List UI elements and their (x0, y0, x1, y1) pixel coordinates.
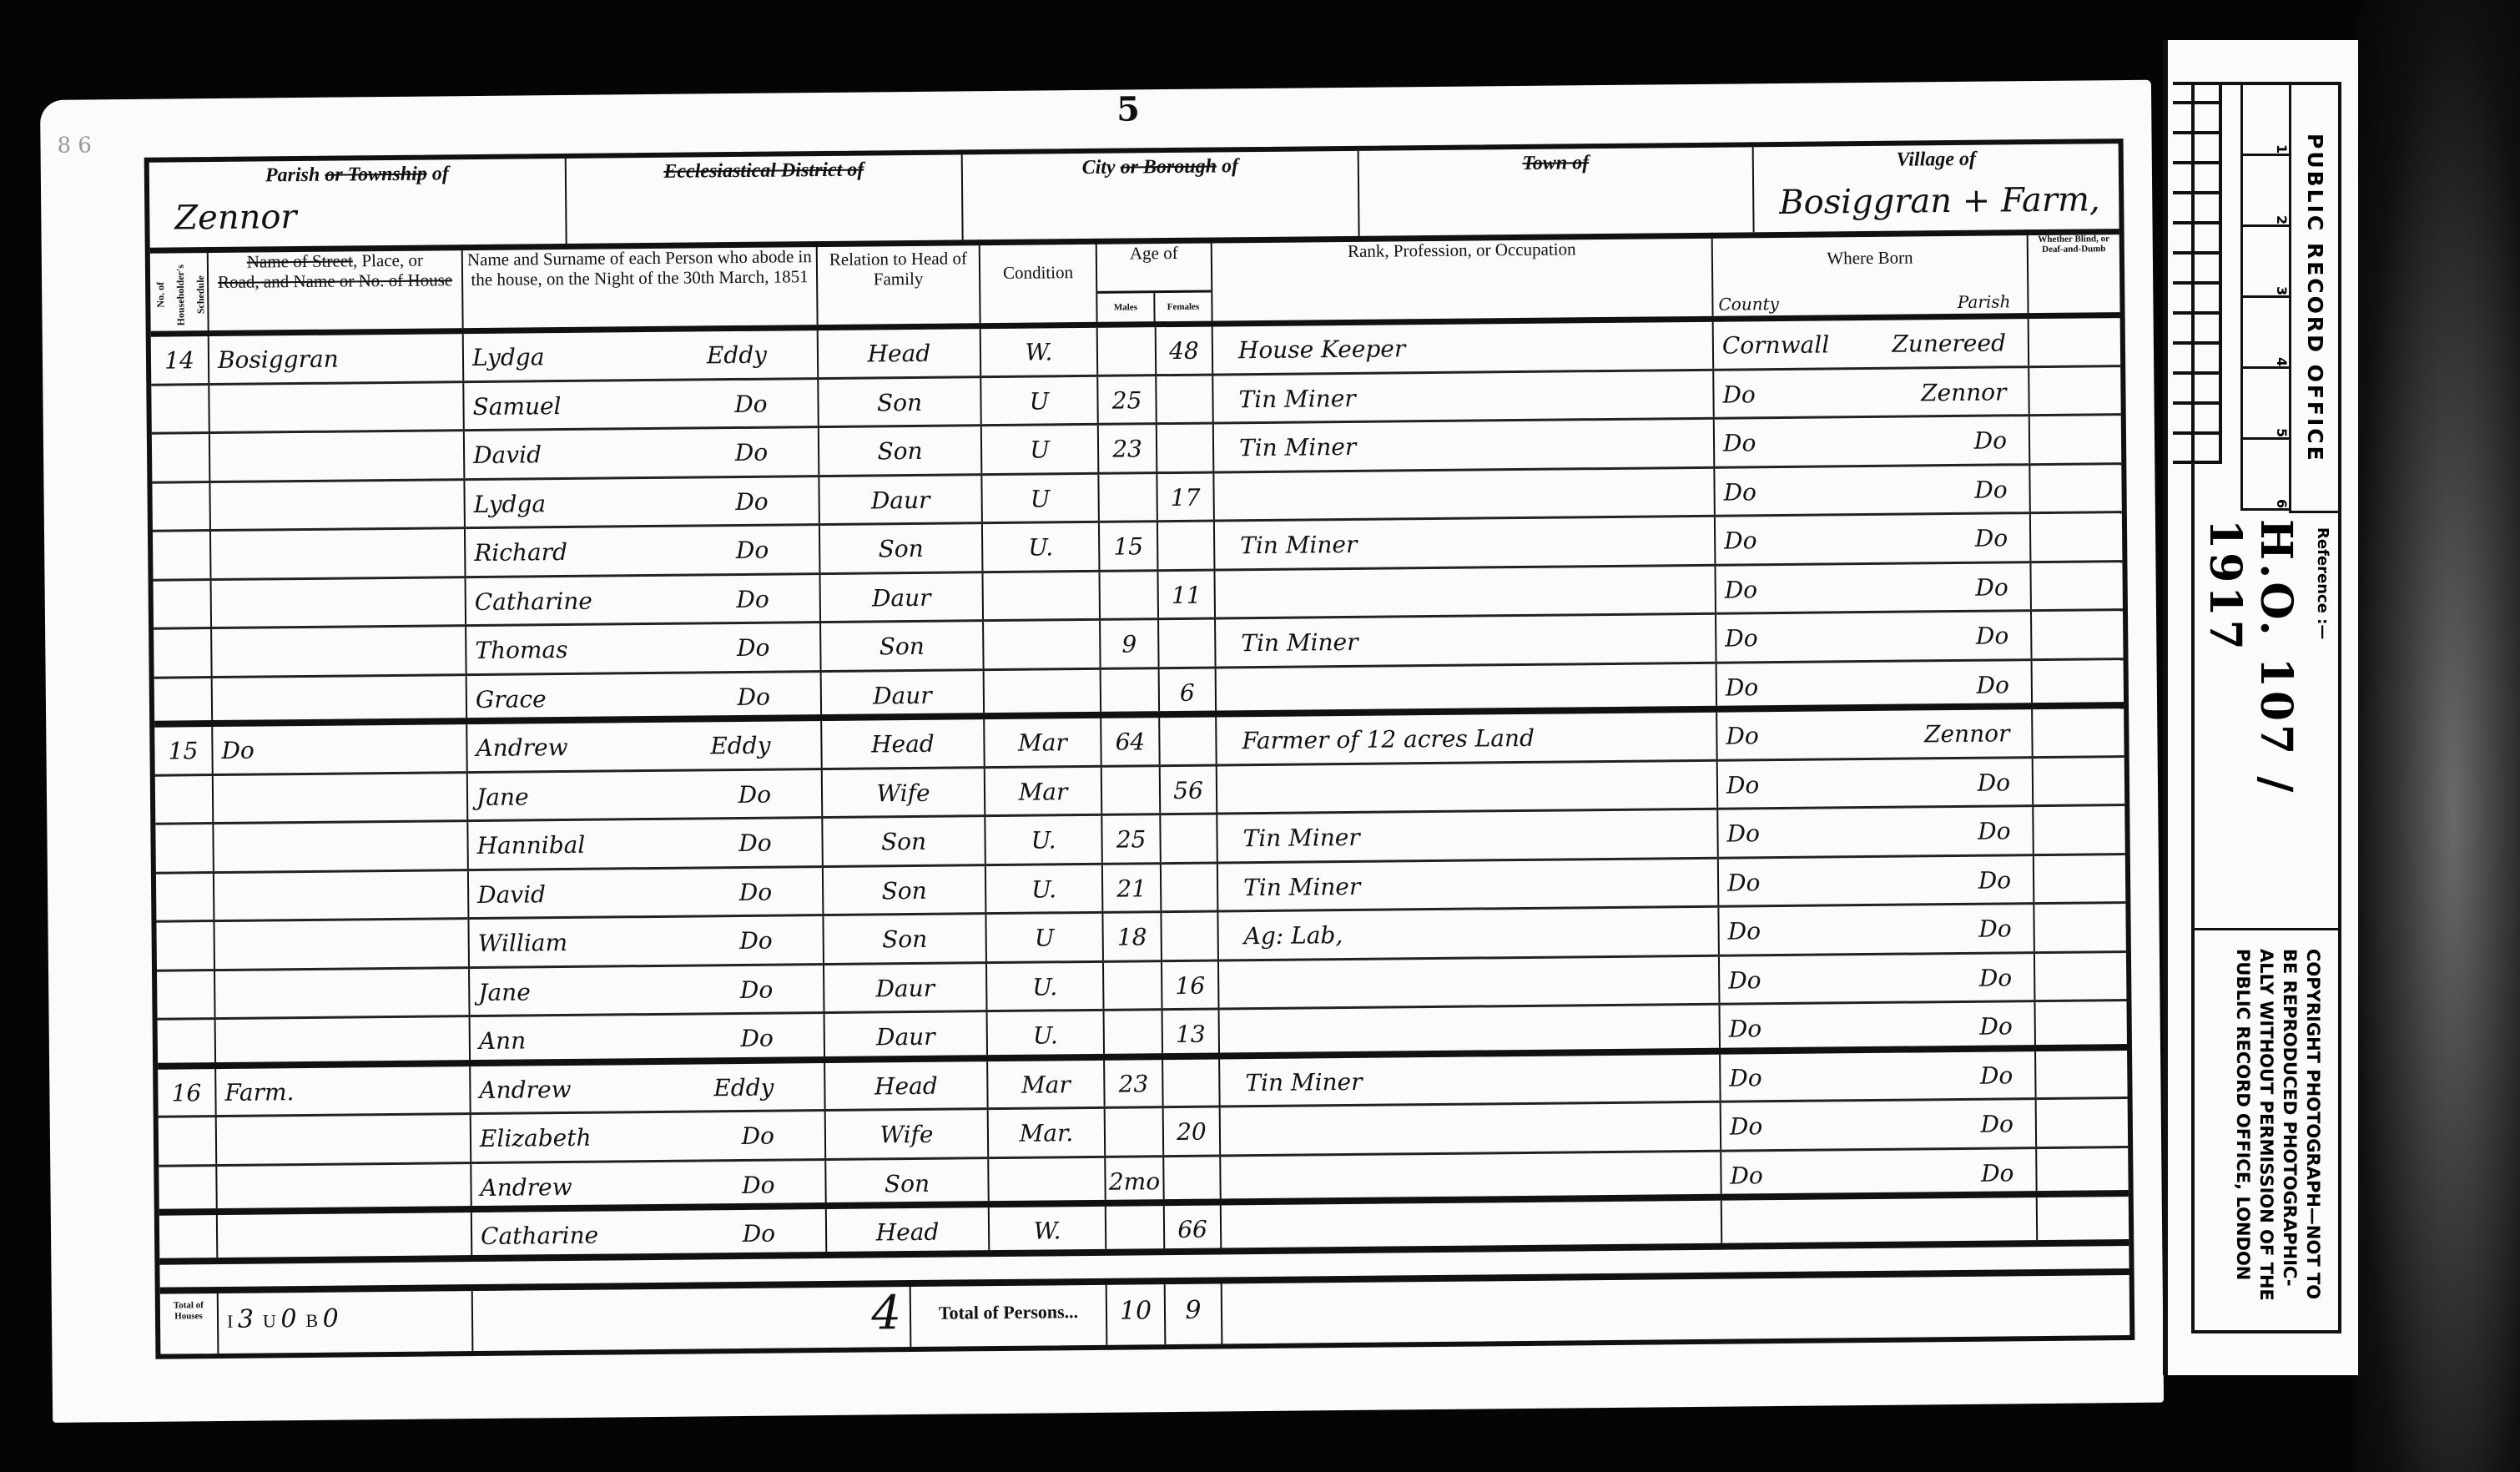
male-age (1106, 1108, 1165, 1155)
building-count: 0 (322, 1304, 338, 1333)
parish-field: Parish or Township of Zennor (149, 159, 567, 248)
male-age (1100, 572, 1159, 618)
relation: Daur (819, 476, 983, 523)
born-county: Do (1725, 614, 1758, 661)
male-age: 18 (1103, 913, 1162, 960)
born-parish-label: Parish (1958, 291, 2011, 312)
relation: Son (826, 1159, 989, 1202)
relation: Daur (825, 1012, 988, 1056)
surname: Eddy (707, 331, 768, 378)
where-born: Do Do (1718, 807, 2034, 856)
occupation (1221, 1152, 1721, 1198)
given-name: David (477, 870, 546, 917)
surname: Do (741, 1112, 774, 1159)
given-name: Richard (474, 528, 567, 576)
born-county: Do (1723, 468, 1756, 515)
person-name: David Do (469, 868, 824, 918)
condition: Mar (985, 767, 1103, 814)
occupation: Tin Miner (1214, 420, 1716, 471)
place-name (212, 578, 467, 627)
total-males: 10 (1107, 1284, 1167, 1345)
condition: W. (990, 1207, 1106, 1250)
born-parish: Do (1976, 612, 2009, 658)
person-name: Catharine Do (472, 1209, 827, 1255)
occupation: House Keeper (1213, 322, 1715, 373)
relation: Daur (822, 671, 985, 714)
ecclesiastical-field: Ecclesiastical District of (567, 154, 964, 244)
place-name (214, 920, 470, 968)
given-name: Andrew (476, 723, 568, 771)
surname: Do (738, 770, 771, 817)
relation: Son (820, 524, 984, 572)
copyright-notice: COPYRIGHT PHOTOGRAPH—NOT TO BE REPRODUCE… (2195, 930, 2338, 1330)
scale-numbers: 1 2 3 4 5 6 (2240, 85, 2290, 511)
born-county: Do (1730, 1152, 1763, 1194)
schedule-number (153, 532, 212, 578)
born-county: Do (1730, 1102, 1763, 1149)
condition: U. (983, 523, 1101, 571)
born-county: Do (1726, 712, 1759, 759)
where-born (1722, 1197, 2038, 1243)
where-born: Do Do (1715, 466, 2031, 515)
header-males: Males (1097, 293, 1155, 322)
village-value: Bosiggran + Farm, (1779, 180, 2100, 222)
surname: Do (742, 1210, 775, 1253)
occupation (1215, 566, 1716, 617)
male-age (1101, 669, 1160, 712)
header-relation: Relation to Head of Family (818, 239, 981, 325)
pro-title: PUBLIC RECORD OFFICE (2289, 85, 2338, 513)
blind-deaf (2035, 953, 2127, 1001)
page-number: 5 (1116, 89, 1140, 129)
born-county: Do (1729, 1054, 1762, 1101)
born-county: Do (1727, 859, 1761, 905)
born-county: Do (1727, 907, 1761, 954)
born-parish: Zennor (1921, 368, 2007, 415)
where-born: Cornwall Zunereed (1714, 319, 2030, 368)
blind-deaf (2033, 660, 2124, 703)
female-age: 66 (1165, 1205, 1222, 1248)
place-name (213, 676, 467, 720)
female-age: 13 (1163, 1010, 1220, 1052)
blind-deaf (2032, 611, 2124, 658)
schedule-number (154, 581, 213, 628)
place-name (211, 529, 466, 577)
male-age (1102, 767, 1162, 814)
given-name: Lydga (473, 480, 546, 527)
female-age (1157, 376, 1214, 422)
schedule-number (154, 629, 213, 676)
occupation (1217, 663, 1717, 710)
where-born: Do Do (1718, 759, 2034, 808)
born-parish: Do (1980, 1051, 2013, 1098)
schedule-number: 16 (158, 1069, 217, 1116)
blind-deaf (2036, 1051, 2128, 1098)
male-age: 9 (1101, 620, 1160, 667)
header-name: Name and Surname of each Person who abod… (463, 241, 819, 328)
relation: Son (819, 378, 982, 426)
surname: Do (737, 624, 770, 671)
born-parish: Do (1975, 514, 2008, 561)
person-name: Lydga Do (465, 477, 820, 527)
born-county: Do (1726, 809, 1760, 856)
relation: Head (827, 1207, 990, 1251)
surname: Eddy (710, 722, 771, 769)
born-county-label: County (1718, 294, 1779, 315)
born-county: Do (1722, 371, 1756, 417)
schedule-number (155, 824, 214, 871)
born-county: Do (1724, 517, 1757, 563)
blind-deaf (2031, 513, 2123, 561)
place-name (215, 969, 471, 1017)
given-name: Samuel (472, 382, 562, 430)
occupation (1221, 1103, 1722, 1154)
condition: W. (981, 328, 1099, 376)
place-name (210, 431, 466, 480)
male-age (1098, 327, 1157, 374)
person-name: Jane Do (470, 965, 825, 1016)
reference-value: H.O. 107 / 1917 (2200, 519, 2301, 928)
given-name: Andrew (480, 1162, 572, 1206)
margin-note: 8 6 (57, 133, 92, 158)
blind-deaf (2037, 1099, 2129, 1147)
person-name: Samuel Do (464, 380, 819, 430)
condition: Mar (988, 1060, 1106, 1107)
person-name: Andrew Do (471, 1161, 826, 1207)
blind-deaf (2034, 855, 2126, 903)
female-age: 56 (1161, 766, 1218, 813)
occupation: Tin Miner (1215, 517, 1716, 568)
where-born: Do Do (1721, 1002, 2036, 1047)
header-condition: Condition (980, 239, 1098, 323)
place-name: Farm. (216, 1066, 471, 1115)
parish-value: Zennor (174, 198, 297, 237)
blind-deaf (2035, 1001, 2126, 1045)
blind-deaf (2029, 318, 2121, 365)
given-name: Grace (476, 675, 547, 718)
blind-deaf (2033, 708, 2124, 756)
born-parish: Do (1979, 954, 2013, 1001)
relation: Son (824, 915, 987, 962)
header-occupation: Rank, Profession, or Occupation (1212, 233, 1714, 321)
male-age: 25 (1102, 815, 1162, 862)
born-county: Do (1729, 1005, 1762, 1047)
person-name: Lydga Eddy (464, 330, 819, 381)
blind-deaf (2031, 562, 2123, 610)
schedule-number (151, 386, 210, 432)
where-born: Do Do (1716, 612, 2033, 661)
female-age: 16 (1162, 961, 1220, 1008)
condition: Mar (985, 718, 1102, 766)
surname: Do (739, 917, 773, 964)
person-name: Jane Do (468, 770, 824, 820)
surname: Do (736, 575, 769, 622)
person-name: David Do (465, 428, 820, 478)
total-females: 9 (1166, 1283, 1223, 1344)
header-place: Name of Street, Place, or Road, and Name… (209, 244, 464, 330)
census-entries: 14 Bosiggran Lydga Eddy Head W. 48 House… (151, 318, 2129, 1264)
born-parish: Do (1978, 807, 2011, 854)
schedule-number (159, 1215, 218, 1258)
schedule-number (156, 874, 215, 920)
place-name (217, 1115, 472, 1163)
person-name: William Do (469, 916, 824, 966)
given-name: Jane (476, 773, 529, 819)
where-born: Do Do (1720, 954, 2036, 1003)
place-name (214, 774, 469, 822)
person-name: Andrew Eddy (467, 721, 823, 771)
male-age: 23 (1099, 425, 1158, 471)
blind-deaf (2034, 806, 2125, 854)
person-name: Richard Do (466, 526, 821, 576)
relation: Son (819, 426, 983, 474)
where-born: Do Do (1719, 856, 2035, 905)
given-name: William (477, 919, 567, 966)
condition: U. (987, 962, 1105, 1010)
relation: Daur (821, 573, 985, 621)
female-age: 20 (1164, 1107, 1222, 1154)
schedule-number (154, 678, 213, 721)
person-name: Ann Do (471, 1014, 825, 1060)
female-age (1163, 1059, 1221, 1106)
born-parish: Do (1981, 1149, 2014, 1192)
schedule-number (157, 971, 216, 1018)
where-born: Do Do (1721, 1100, 2038, 1149)
given-name: Lydga (472, 333, 545, 380)
header-females: Females (1155, 293, 1211, 322)
female-age: 6 (1160, 668, 1217, 711)
female-age (1157, 425, 1215, 471)
born-county: Cornwall (1722, 320, 1830, 368)
surname: Do (734, 380, 768, 426)
where-born: Do Do (1719, 905, 2035, 954)
where-born: Do Do (1716, 563, 2032, 612)
place-name (217, 1164, 471, 1208)
occupation (1219, 956, 1721, 1007)
male-age: 15 (1100, 522, 1159, 569)
born-parish: Do (1974, 466, 2008, 512)
schedule-number: 15 (154, 727, 214, 774)
condition: U. (985, 816, 1103, 864)
surname: Eddy (713, 1063, 774, 1110)
female-age (1162, 864, 1219, 910)
condition: U. (988, 1011, 1105, 1055)
born-parish: Do (1976, 661, 2009, 703)
given-name: Thomas (475, 626, 568, 673)
occupation (1220, 1006, 1721, 1052)
reference-label: Reference :— (2314, 527, 2331, 639)
town-field: Town of (1359, 147, 1755, 236)
male-age: 23 (1105, 1060, 1164, 1107)
person-name: Catharine Do (466, 575, 822, 625)
schedule-number (152, 483, 211, 530)
condition: Mar. (989, 1109, 1106, 1157)
given-name: Andrew (479, 1065, 572, 1112)
surname: Do (737, 673, 770, 715)
given-name: David (473, 431, 542, 477)
condition: U (982, 426, 1100, 473)
male-age: 64 (1101, 718, 1161, 764)
occupation: Tin Miner (1216, 615, 1717, 666)
born-parish: Do (1978, 856, 2011, 903)
schedule-number (159, 1117, 218, 1164)
female-age (1161, 814, 1218, 861)
place-name (209, 383, 465, 431)
where-born: Do Zennor (1717, 709, 2034, 759)
header-where-born: Where Born County Parish (1713, 229, 2029, 316)
born-county: Do (1724, 566, 1757, 612)
occupation: Tin Miner (1213, 371, 1715, 421)
female-age (1164, 1157, 1221, 1199)
relation: Son (823, 817, 986, 865)
blind-deaf (2037, 1148, 2128, 1192)
header-blind: Whether Blind, or Deaf-and-Dumb (2029, 229, 2120, 313)
given-name: Catharine (481, 1212, 599, 1255)
given-name: Catharine (475, 577, 593, 624)
village-field: Village of Bosiggran + Farm, (1754, 144, 2119, 232)
census-form: Parish or Township of Zennor Ecclesiasti… (144, 139, 2135, 1359)
surname: Do (735, 429, 769, 476)
surname: Do (738, 819, 772, 866)
born-county: Do (1728, 956, 1761, 1003)
surname: Do (735, 477, 769, 524)
occupation: Tin Miner (1217, 810, 1719, 861)
schedules-count: 4 (473, 1287, 912, 1351)
occupation (1214, 468, 1716, 519)
occupation: Ag: Lab, (1218, 908, 1720, 959)
male-age (1105, 1011, 1163, 1053)
where-born: Do Do (1716, 514, 2032, 563)
born-county: Do (1726, 663, 1759, 706)
occupation (1217, 761, 1719, 812)
female-age: 11 (1158, 571, 1216, 618)
male-age (1106, 1206, 1165, 1248)
born-parish: Zennor (1924, 709, 2010, 756)
place-name (212, 627, 467, 675)
male-age: 2mo (1106, 1157, 1164, 1200)
city-borough-field: City or Borough of (963, 151, 1360, 240)
surname: Do (740, 965, 774, 1012)
condition (983, 572, 1101, 619)
person-name: Andrew Eddy (471, 1063, 826, 1113)
condition: U (982, 474, 1100, 522)
schedule-number: 14 (151, 336, 210, 383)
relation: Wife (823, 769, 986, 816)
person-name: Hannibal Do (468, 819, 824, 869)
place-name (216, 1017, 471, 1061)
male-age: 25 (1098, 376, 1157, 423)
public-record-office-strip: 1 2 3 4 5 6 PUBLIC RECORD OFFICE Referen… (2163, 40, 2358, 1375)
where-born: Do Do (1721, 1051, 2037, 1101)
condition: U (981, 376, 1099, 424)
condition (989, 1157, 1106, 1201)
male-age: 21 (1103, 865, 1162, 911)
male-age (1104, 962, 1163, 1009)
female-age (1158, 522, 1216, 569)
place-name: Bosiggran (209, 334, 465, 382)
total-houses-label: Total of Houses (160, 1293, 219, 1354)
schedule-number (152, 434, 211, 481)
occupation (1222, 1201, 1722, 1248)
relation: Head (825, 1061, 989, 1109)
condition: U. (986, 865, 1104, 912)
born-parish: Do (1977, 759, 2010, 805)
born-parish: Zunereed (1892, 319, 2006, 366)
relation: Head (819, 329, 982, 376)
blind-deaf (2030, 416, 2122, 463)
house-counts: I 3 U 0 B 0 (219, 1291, 474, 1354)
relation: Son (824, 866, 987, 914)
inhabited-count: 3 (238, 1305, 254, 1334)
where-born: Do Do (1721, 1149, 2037, 1194)
female-age: 48 (1157, 327, 1214, 374)
born-county: Do (1723, 419, 1756, 466)
schedule-number (159, 1167, 217, 1209)
blind-deaf (2034, 758, 2125, 805)
surname: Do (736, 527, 769, 573)
condition (985, 669, 1101, 713)
born-parish: Do (1978, 905, 2012, 951)
census-page: 8 6 5 Parish or Township of Zennor Eccle… (40, 80, 2164, 1423)
person-name: Thomas Do (466, 623, 822, 673)
relation: Daur (824, 964, 988, 1011)
place-name (210, 481, 466, 529)
schedule-number (158, 1020, 216, 1062)
condition (984, 621, 1101, 668)
female-age (1162, 912, 1219, 959)
place-name (214, 822, 469, 870)
reference-box: Reference :— H.O. 107 / 1917 (2195, 511, 2338, 930)
female-age (1160, 717, 1217, 764)
born-parish: Do (1975, 563, 2008, 610)
place-name (214, 871, 470, 920)
uninhabited-count: 0 (280, 1304, 296, 1333)
scan-background (2353, 0, 2520, 1472)
person-name: Elizabeth Do (471, 1112, 827, 1162)
surname: Do (739, 868, 773, 915)
schedule-number (156, 922, 215, 969)
where-born: Do Do (1717, 661, 2033, 706)
where-born: Do Do (1715, 416, 2031, 466)
male-age (1099, 474, 1158, 521)
totals-row: Total of Houses I 3 U 0 B 0 4 Total of P… (160, 1268, 2130, 1354)
place-name: Do (213, 724, 468, 773)
where-born: Do Zennor (1714, 368, 2030, 417)
surname: Do (742, 1161, 775, 1203)
given-name: Jane (478, 968, 531, 1015)
blind-deaf (2029, 367, 2121, 415)
occupation: Tin Miner (1218, 859, 1720, 910)
total-persons-label: Total of Persons... (911, 1285, 1108, 1347)
surname: Do (740, 1015, 774, 1057)
occupation: Farmer of 12 acres Land (1217, 713, 1718, 764)
occupation: Tin Miner (1220, 1054, 1721, 1105)
born-county: Do (1726, 761, 1760, 808)
schedule-number (155, 776, 214, 823)
relation: Son (821, 622, 985, 669)
condition: U (986, 914, 1104, 961)
female-age: 17 (1157, 473, 1215, 520)
given-name: Hannibal (476, 821, 585, 869)
born-parish: Do (1973, 416, 2007, 463)
header-schedule: No. of Householder's Schedule (150, 247, 209, 331)
born-parish: Do (1979, 1002, 2013, 1045)
given-name: Elizabeth (480, 1114, 592, 1162)
blind-deaf (2034, 904, 2126, 951)
person-name: Grace Do (467, 673, 822, 718)
relation: Wife (826, 1110, 990, 1157)
header-age: Age of Males Females (1097, 238, 1213, 322)
